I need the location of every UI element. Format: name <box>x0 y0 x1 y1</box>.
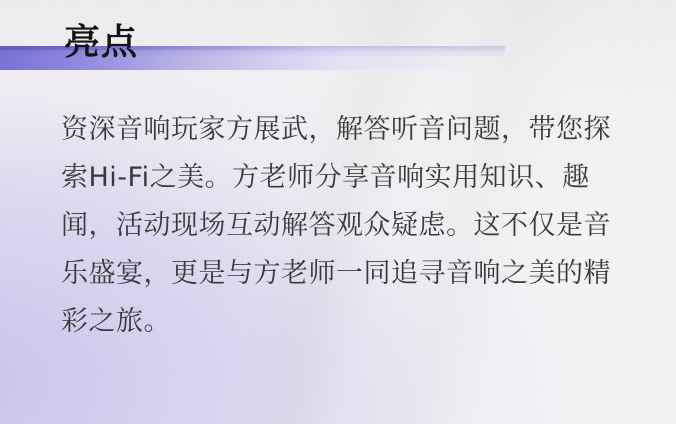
highlight-card: 亮点 资深音响玩家方展武，解答听音问题，带您探 索Hi-Fi之美。方老师分享音响… <box>0 0 676 424</box>
body-text: 资深音响玩家方展武，解答听音问题，带您探 索Hi-Fi之美。方老师分享音响实用知… <box>61 106 631 346</box>
body-text-line: 索Hi-Fi之美。方老师分享音响实用知识、趣 <box>61 154 631 202</box>
body-text-line: 彩之旅。 <box>61 298 631 346</box>
body-text-line: 乐盛宴，更是与方老师一同追寻音响之美的精 <box>61 250 631 298</box>
section-title: 亮点 <box>64 22 138 64</box>
body-text-line: 资深音响玩家方展武，解答听音问题，带您探 <box>61 106 631 154</box>
body-text-line: 闻，活动现场互动解答观众疑虑。这不仅是音 <box>61 202 631 250</box>
